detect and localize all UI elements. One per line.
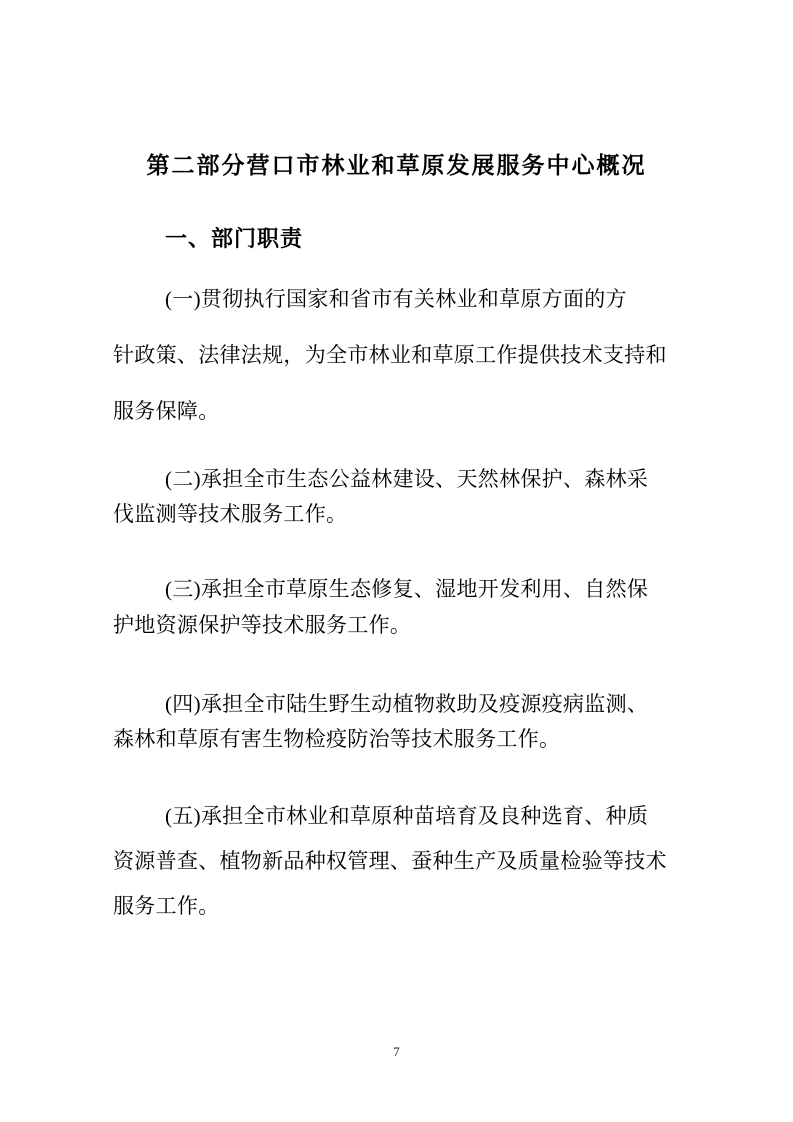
page-number: 7 xyxy=(0,1044,793,1060)
section-heading: 一、部门职责 xyxy=(165,226,303,251)
paragraph-line: (四)承担全市陆生野生动植物救助及疫源疫病监测、 xyxy=(113,687,673,722)
paragraph-line: 伐监测等技术服务工作。 xyxy=(113,497,673,532)
paragraph-line: (二)承担全市生态公益林建设、天然林保护、森林采 xyxy=(113,462,673,497)
paragraph-line: 服务保障。 xyxy=(113,383,673,439)
paragraph-1: (一)贯彻执行国家和省市有关林业和草原方面的方 针政策、法律法规，为全市林业和草… xyxy=(113,271,673,439)
document-page: 第二部分营口市林业和草原发展服务中心概况 一、部门职责 (一)贯彻执行国家和省市… xyxy=(0,0,793,1122)
paragraph-line: 森林和草原有害生物检疫防治等技术服务工作。 xyxy=(113,722,673,757)
paragraph-line: (一)贯彻执行国家和省市有关林业和草原方面的方 xyxy=(113,271,673,327)
paragraph-line: (三)承担全市草原生态修复、湿地开发利用、自然保 xyxy=(113,571,673,607)
paragraph-line: 资源普查、植物新品种权管理、蚕种生产及质量检验等技术 xyxy=(113,839,673,884)
paragraph-5: (五)承担全市林业和草原种苗培育及良种选育、种质 资源普查、植物新品种权管理、蚕… xyxy=(113,794,673,929)
paragraph-3: (三)承担全市草原生态修复、湿地开发利用、自然保 护地资源保护等技术服务工作。 xyxy=(113,571,673,643)
paragraph-line: (五)承担全市林业和草原种苗培育及良种选育、种质 xyxy=(113,794,673,839)
paragraph-line: 服务工作。 xyxy=(113,884,673,929)
paragraph-4: (四)承担全市陆生野生动植物救助及疫源疫病监测、 森林和草原有害生物检疫防治等技… xyxy=(113,687,673,757)
paragraph-line: 护地资源保护等技术服务工作。 xyxy=(113,607,673,643)
paragraph-line: 针政策、法律法规，为全市林业和草原工作提供技术支持和 xyxy=(113,327,673,383)
page-title: 第二部分营口市林业和草原发展服务中心概况 xyxy=(0,151,793,180)
paragraph-2: (二)承担全市生态公益林建设、天然林保护、森林采 伐监测等技术服务工作。 xyxy=(113,462,673,532)
